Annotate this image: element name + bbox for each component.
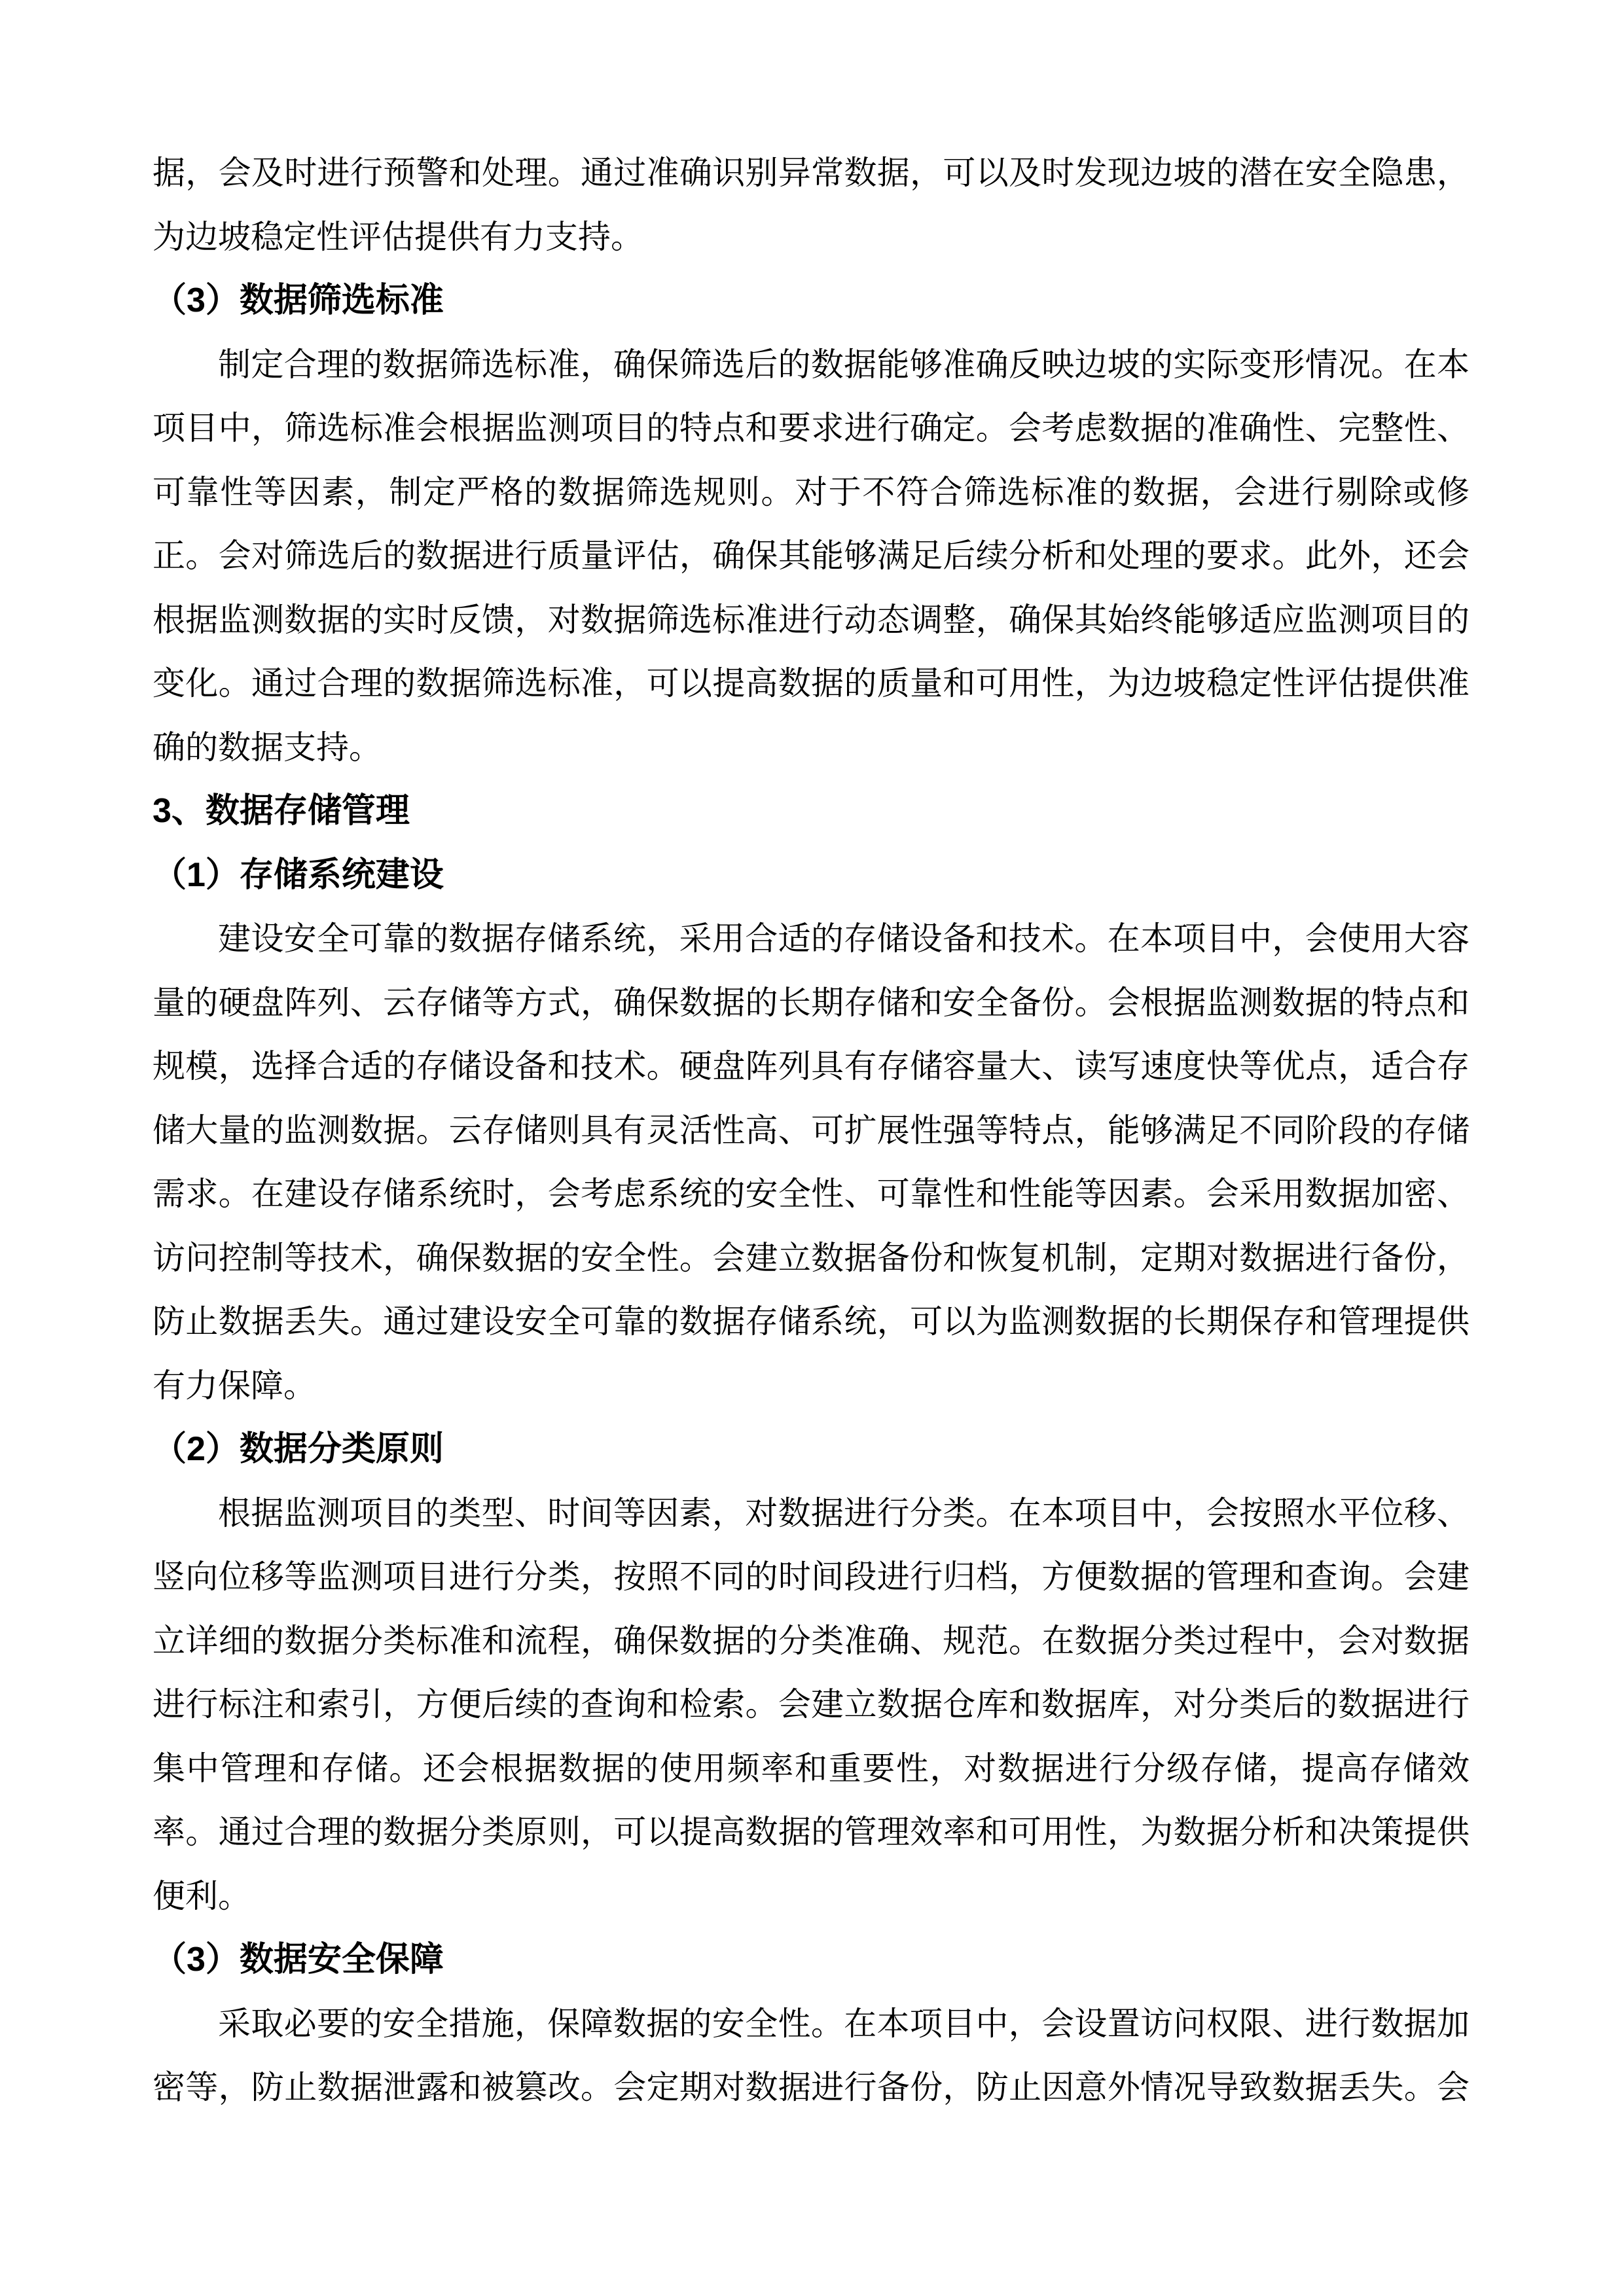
body-line: 率。通过合理的数据分类原则，可以提高数据的管理效率和可用性，为数据分析和决策提供 xyxy=(153,1801,1470,1865)
body-line: 集中管理和存储。还会根据数据的使用频率和重要性，对数据进行分级存储，提高存储效 xyxy=(153,1737,1470,1801)
body-line: 根据监测项目的类型、时间等因素，对数据进行分类。在本项目中，会按照水平位移、 xyxy=(153,1482,1470,1546)
subsection-heading: （2）数据分类原则 xyxy=(153,1418,1470,1482)
section-heading: 3、数据存储管理 xyxy=(153,780,1470,844)
body-line: 立详细的数据分类标准和流程，确保数据的分类准确、规范。在数据分类过程中，会对数据 xyxy=(153,1609,1470,1674)
body-line: 防止数据丢失。通过建设安全可靠的数据存储系统，可以为监测数据的长期保存和管理提供 xyxy=(153,1290,1470,1354)
subsection-heading: （3）数据安全保障 xyxy=(153,1928,1470,1992)
body-line: 进行标注和索引，方便后续的查询和检索。会建立数据仓库和数据库，对分类后的数据进行 xyxy=(153,1673,1470,1737)
body-line: 便利。 xyxy=(153,1865,1470,1929)
body-line: 制定合理的数据筛选标准，确保筛选后的数据能够准确反映边坡的实际变形情况。在本 xyxy=(153,333,1470,397)
body-line: 采取必要的安全措施，保障数据的安全性。在本项目中，会设置访问权限、进行数据加 xyxy=(153,1992,1470,2056)
body-line: 建设安全可靠的数据存储系统，采用合适的存储设备和技术。在本项目中，会使用大容 xyxy=(153,907,1470,971)
body-line: 密等，防止数据泄露和被篡改。会定期对数据进行备份，防止因意外情况导致数据丢失。会 xyxy=(153,2056,1470,2120)
body-line: 有力保障。 xyxy=(153,1354,1470,1418)
body-line: 规模，选择合适的存储设备和技术。硬盘阵列具有存储容量大、读写速度快等优点，适合存 xyxy=(153,1035,1470,1099)
body-line: 量的硬盘阵列、云存储等方式，确保数据的长期存储和安全备份。会根据监测数据的特点和 xyxy=(153,971,1470,1035)
document-page: 据，会及时进行预警和处理。通过准确识别异常数据，可以及时发现边坡的潜在安全隐患，… xyxy=(0,0,1624,2296)
body-line: 竖向位移等监测项目进行分类，按照不同的时间段进行归档，方便数据的管理和查询。会建 xyxy=(153,1545,1470,1609)
body-line: 正。会对筛选后的数据进行质量评估，确保其能够满足后续分析和处理的要求。此外，还会 xyxy=(153,524,1470,588)
subsection-heading: （1）存储系统建设 xyxy=(153,844,1470,908)
body-line: 可靠性等因素，制定严格的数据筛选规则。对于不符合筛选标准的数据，会进行剔除或修 xyxy=(153,461,1470,525)
body-line: 需求。在建设存储系统时，会考虑系统的安全性、可靠性和性能等因素。会采用数据加密、 xyxy=(153,1162,1470,1227)
body-line: 储大量的监测数据。云存储则具有灵活性高、可扩展性强等特点，能够满足不同阶段的存储 xyxy=(153,1099,1470,1163)
subsection-heading: （3）数据筛选标准 xyxy=(153,269,1470,333)
body-line: 据，会及时进行预警和处理。通过准确识别异常数据，可以及时发现边坡的潜在安全隐患， xyxy=(153,141,1470,206)
body-line: 项目中，筛选标准会根据监测项目的特点和要求进行确定。会考虑数据的准确性、完整性、 xyxy=(153,397,1470,461)
body-line: 变化。通过合理的数据筛选标准，可以提高数据的质量和可用性，为边坡稳定性评估提供准 xyxy=(153,652,1470,716)
document-body: 据，会及时进行预警和处理。通过准确识别异常数据，可以及时发现边坡的潜在安全隐患，… xyxy=(153,141,1470,2120)
body-line: 为边坡稳定性评估提供有力支持。 xyxy=(153,206,1470,270)
body-line: 确的数据支持。 xyxy=(153,716,1470,780)
body-line: 根据监测数据的实时反馈，对数据筛选标准进行动态调整，确保其始终能够适应监测项目的 xyxy=(153,588,1470,653)
body-line: 访问控制等技术，确保数据的安全性。会建立数据备份和恢复机制，定期对数据进行备份， xyxy=(153,1227,1470,1291)
